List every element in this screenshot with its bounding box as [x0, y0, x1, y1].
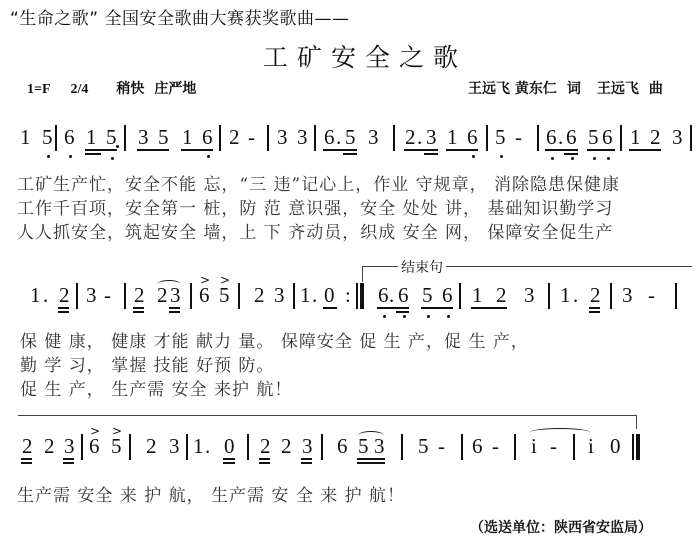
note: 0: [224, 434, 235, 458]
score-line-3: 2 2 3 > 6 > 5 2 3 1 . 0 2 2 3 6 5 3 5 - …: [0, 434, 700, 474]
note: 5: [345, 125, 356, 149]
note: 5: [418, 434, 429, 458]
lyrics-verse-2: 工作千百项，安全第一 桩，防 范 意识强，安全 处处 讲， 基础知识勤学习: [17, 194, 613, 219]
note: 6: [89, 434, 100, 458]
note: 1: [30, 283, 41, 307]
note: 0: [324, 283, 335, 307]
note: 2: [22, 434, 33, 458]
dot: .: [389, 283, 394, 307]
dash: -: [104, 283, 111, 307]
note: 3: [297, 125, 308, 149]
subtitle: “生命之歌” 全国安全歌曲大赛获奖歌曲——: [10, 4, 350, 29]
lyrics-verse-1: 工矿生产忙，安全不能 忘，“三 违”记心上，作业 守规章， 消除隐患保健康: [17, 170, 620, 195]
note: 6: [378, 283, 389, 307]
note: 3: [524, 283, 535, 307]
note: 1: [20, 125, 31, 149]
slur: [157, 280, 181, 289]
note: 6: [472, 434, 483, 458]
note: 3: [622, 283, 633, 307]
note: 1: [182, 125, 193, 149]
note: 1: [560, 283, 571, 307]
note: 1: [193, 434, 204, 458]
note: 2: [146, 434, 157, 458]
dot: .: [43, 283, 48, 307]
note: 1: [447, 125, 458, 149]
note: 6: [337, 434, 348, 458]
dot: .: [336, 125, 341, 149]
note: 5: [158, 125, 169, 149]
note: 6: [199, 283, 210, 307]
dash: -: [648, 283, 655, 307]
note: 3: [426, 125, 437, 149]
dot: .: [205, 434, 210, 458]
note: 1: [472, 283, 483, 307]
note: 2: [496, 283, 507, 307]
composer-role: 曲: [649, 81, 663, 97]
note: 6: [442, 283, 453, 307]
lyrics-line2-verse-3: 促 生 产， 生产需 安全 来护 航！: [20, 375, 292, 400]
dash: -: [492, 434, 499, 458]
note: 2: [134, 283, 145, 307]
section-line-end: [636, 415, 637, 429]
note: 5: [42, 125, 53, 149]
note-high: i: [588, 434, 594, 458]
note: 6: [602, 125, 613, 149]
note: 6: [64, 125, 75, 149]
section-line: [18, 415, 636, 416]
note: 2: [59, 283, 70, 307]
dash: -: [515, 125, 522, 149]
note: 5: [422, 283, 433, 307]
ending-bracket-left: [362, 266, 363, 282]
tempo-meta: 1=F2/4稍快庄严地: [27, 78, 216, 98]
note: 6: [398, 283, 409, 307]
note: 6: [324, 125, 335, 149]
note: 5: [588, 125, 599, 149]
note: 3: [274, 283, 285, 307]
note: 6: [566, 125, 577, 149]
note: 6: [546, 125, 557, 149]
tie: [530, 428, 590, 437]
note: 3: [138, 125, 149, 149]
lyricist-role: 词: [567, 81, 581, 97]
note: 5: [495, 125, 506, 149]
dot: .: [417, 125, 422, 149]
note: 1: [300, 283, 311, 307]
note: 2: [590, 283, 601, 307]
dot: .: [558, 125, 563, 149]
note: 2: [650, 125, 661, 149]
repeat-dots: :: [345, 283, 351, 307]
score-line-2: 1 . 2 3 - 2 2 3 > 6 > 5 2 3 1 . 0 : 6 . …: [0, 283, 700, 323]
note: 2: [229, 125, 240, 149]
note: 2: [281, 434, 292, 458]
lyrics-verse-3: 人人抓安全，筑起安全 墙，上 下 齐动员，织成 安全 网， 保障安全促生产: [17, 218, 613, 243]
note: 3: [86, 283, 97, 307]
note-high: i: [531, 434, 537, 458]
key-signature: 1=F: [27, 82, 51, 97]
dot: .: [573, 283, 578, 307]
slur: [358, 431, 384, 440]
note: 3: [169, 434, 180, 458]
note: 6: [467, 125, 478, 149]
note: 2: [254, 283, 265, 307]
note: 0: [610, 434, 621, 458]
note: 3: [302, 434, 313, 458]
note: 3: [368, 125, 379, 149]
song-title: 工矿安全之歌: [263, 38, 467, 74]
credits: 王远飞 黄东仁词王远飞曲: [468, 78, 673, 98]
dot: .: [312, 283, 317, 307]
expression: 庄严地: [154, 82, 196, 97]
dash: -: [550, 434, 557, 458]
lyricists: 王远飞 黄东仁: [468, 81, 557, 97]
dash: -: [248, 125, 255, 149]
note: 3: [277, 125, 288, 149]
note: 1: [86, 125, 97, 149]
dash: -: [438, 434, 445, 458]
note: 1: [630, 125, 641, 149]
submitting-unit: （选送单位：陕西省安监局）: [470, 517, 652, 537]
note: 2: [405, 125, 416, 149]
note: 6: [202, 125, 213, 149]
note: 5: [106, 125, 117, 149]
lyrics-line2-verse-2: 勤 学 习， 掌握 技能 好预 防。: [20, 351, 274, 376]
lyrics-line2-verse-1: 保 健 康， 健康 才能 献力 量。 保障安全 促 生 产，促 生 产，: [20, 327, 529, 352]
ending-label: 结束句: [398, 257, 446, 277]
note: 3: [672, 125, 683, 149]
note: 5: [219, 283, 230, 307]
note: 5: [111, 434, 122, 458]
tempo: 稍快: [116, 82, 144, 97]
composer: 王远飞: [597, 81, 639, 97]
time-signature: 2/4: [71, 82, 89, 97]
lyrics-line3: 生产需 安全 来 护 航， 生产需 安 全 来 护 航！: [17, 481, 405, 506]
note: 2: [260, 434, 271, 458]
note: 2: [44, 434, 55, 458]
note: 3: [64, 434, 75, 458]
score-line-1: 1 5 6 1 5 3 5 1 6 2 - 3 3 6 . 5 3 2 . 3 …: [0, 125, 700, 165]
